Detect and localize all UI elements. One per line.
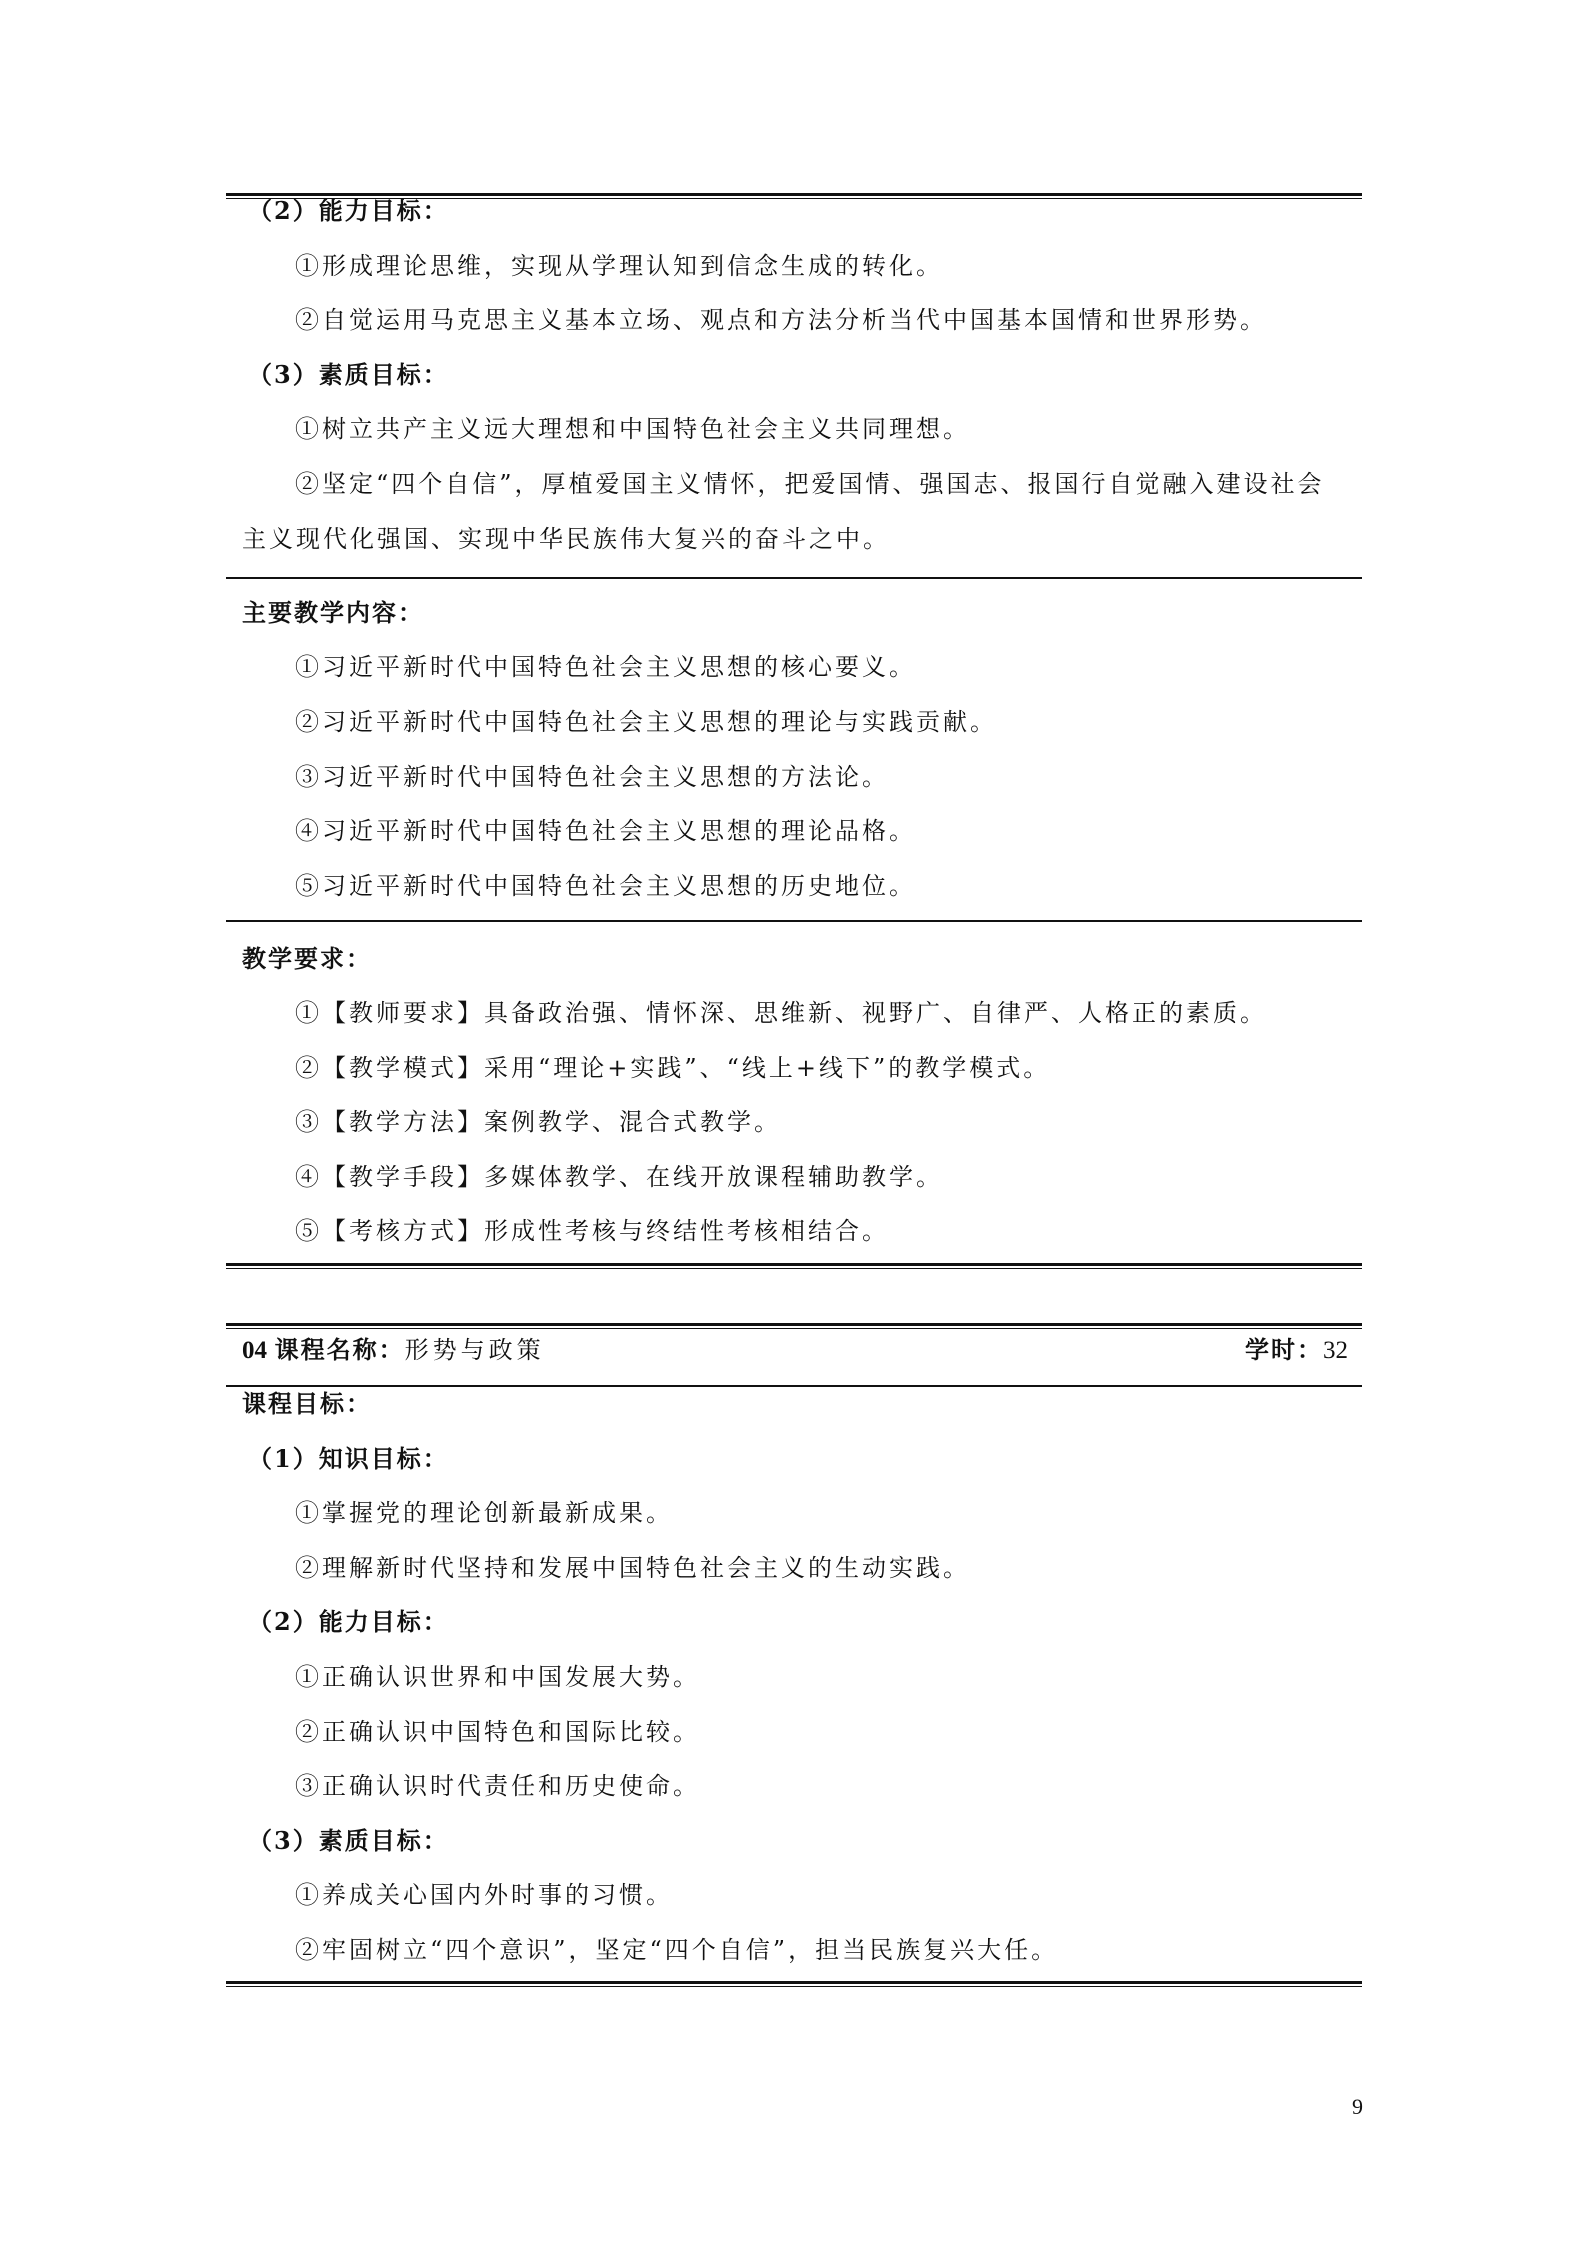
- ability-goal-item: ①正确认识世界和中国发展大势。: [295, 1662, 700, 1692]
- knowledge-goal-item: ①掌握党的理论创新最新成果。: [295, 1498, 673, 1528]
- ability-goals-heading: （2）能力目标：: [248, 196, 449, 226]
- teaching-requirements-heading: 教学要求：: [242, 944, 372, 974]
- ability-goal-item: ①形成理论思维，实现从学理认知到信念生成的转化。: [295, 251, 943, 281]
- table-border-double: [226, 1323, 1362, 1329]
- section-divider: [226, 920, 1362, 922]
- quality-goal-item-continuation: 主义现代化强国、实现中华民族伟大复兴的奋斗之中。: [242, 524, 890, 554]
- quality-goal-item: ②牢固树立“四个意识”，坚定“四个自信”，担当民族复兴大任。: [295, 1935, 1058, 1965]
- main-content-heading: 主要教学内容：: [242, 598, 424, 628]
- ability-goal-item: ②正确认识中国特色和国际比较。: [295, 1717, 700, 1747]
- teaching-requirement-item: ⑤【考核方式】形成性考核与终结性考核相结合。: [295, 1216, 889, 1246]
- main-content-item: ②习近平新时代中国特色社会主义思想的理论与实践贡献。: [295, 707, 997, 737]
- ability-goal-item: ②自觉运用马克思主义基本立场、观点和方法分析当代中国基本国情和世界形势。: [295, 305, 1267, 335]
- table-border-double: [226, 1981, 1362, 1987]
- quality-goals-heading: （3）素质目标：: [248, 1826, 449, 1856]
- course-title: 04 课程名称：形势与政策: [242, 1335, 545, 1366]
- table-border-double: [226, 1263, 1362, 1269]
- course-name-label: 课程名称：: [275, 1335, 405, 1364]
- quality-goal-item: ①养成关心国内外时事的习惯。: [295, 1880, 673, 1910]
- document-page: （2）能力目标： ①形成理论思维，实现从学理认知到信念生成的转化。 ②自觉运用马…: [0, 0, 1587, 2245]
- teaching-requirement-item: ①【教师要求】具备政治强、情怀深、思维新、视野广、自律严、人格正的素质。: [295, 998, 1267, 1028]
- main-content-item: ⑤习近平新时代中国特色社会主义思想的历史地位。: [295, 871, 916, 901]
- teaching-requirement-item: ④【教学手段】多媒体教学、在线开放课程辅助教学。: [295, 1162, 943, 1192]
- teaching-requirement-item: ③【教学方法】案例教学、混合式教学。: [295, 1107, 781, 1137]
- header-divider: [226, 1385, 1362, 1387]
- page-number: 9: [1352, 2094, 1363, 2120]
- course-header-row: 04 课程名称：形势与政策 学时：32: [242, 1335, 1348, 1366]
- quality-goal-item: ②坚定“四个自信”，厚植爱国主义情怀，把爱国情、强国志、报国行自觉融入建设社会: [295, 469, 1325, 499]
- knowledge-goals-heading: （1）知识目标：: [248, 1444, 449, 1474]
- course-number: 04: [242, 1337, 267, 1364]
- main-content-item: ①习近平新时代中国特色社会主义思想的核心要义。: [295, 652, 916, 682]
- hours-value: 32: [1323, 1337, 1348, 1364]
- knowledge-goal-item: ②理解新时代坚持和发展中国特色社会主义的生动实践。: [295, 1553, 970, 1583]
- course-hours: 学时：32: [1245, 1335, 1348, 1366]
- quality-goals-heading: （3）素质目标：: [248, 360, 449, 390]
- teaching-requirement-item: ②【教学模式】采用“理论+实践”、“线上+线下”的教学模式。: [295, 1053, 1050, 1083]
- course-name-value: 形势与政策: [405, 1336, 545, 1364]
- main-content-item: ④习近平新时代中国特色社会主义思想的理论品格。: [295, 816, 916, 846]
- ability-goals-heading: （2）能力目标：: [248, 1607, 449, 1637]
- main-content-item: ③习近平新时代中国特色社会主义思想的方法论。: [295, 762, 889, 792]
- hours-label: 学时：: [1245, 1335, 1323, 1364]
- course-goals-heading: 课程目标：: [242, 1389, 372, 1419]
- quality-goal-item: ①树立共产主义远大理想和中国特色社会主义共同理想。: [295, 414, 970, 444]
- section-divider: [226, 577, 1362, 579]
- ability-goal-item: ③正确认识时代责任和历史使命。: [295, 1771, 700, 1801]
